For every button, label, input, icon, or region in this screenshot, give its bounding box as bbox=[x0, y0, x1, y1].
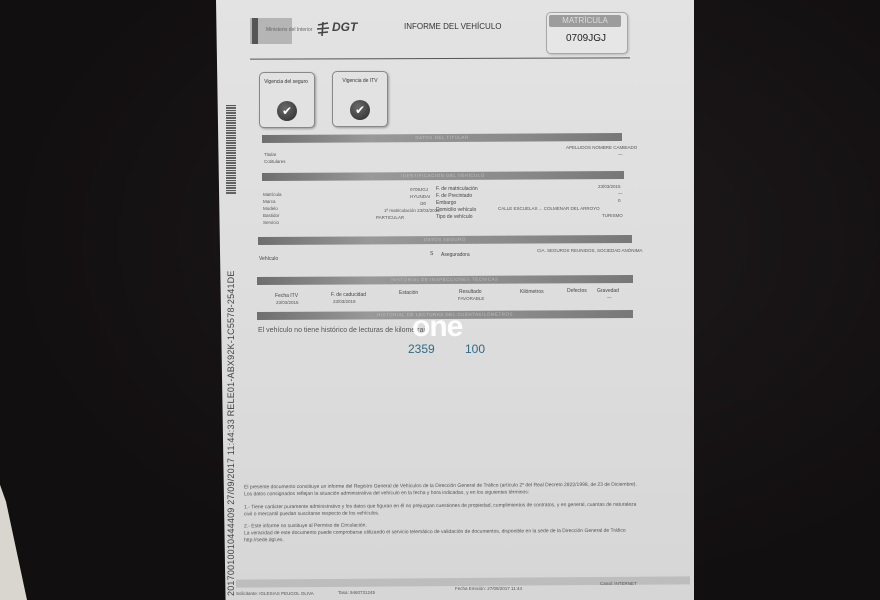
itv-row-caducidad: 23/03/2019 bbox=[333, 299, 356, 304]
aseguradora-value: CIA. SEGUROS REUNIDOS, SOCIEDAD ANÓNIMA bbox=[537, 248, 643, 253]
dgt-logo-text: DGT bbox=[332, 20, 357, 34]
matricula-value: 0709JGJ bbox=[410, 187, 428, 192]
matricula-label: Matrícula bbox=[263, 192, 282, 197]
ministry-logo-text: Ministerio del Interior bbox=[266, 27, 312, 33]
legal-item-1: 1.- Tiene carácter puramente administrat… bbox=[244, 502, 639, 518]
modelo-value: i30 bbox=[420, 201, 426, 206]
itv-col-estacion: Estación bbox=[399, 290, 418, 296]
document-title: INFORME DEL VEHÍCULO bbox=[404, 22, 502, 31]
titular-value: APELLIDOS NOMBRE CAMBIADO bbox=[566, 145, 637, 150]
plate-label: MATRÍCULA bbox=[549, 15, 621, 27]
check-icon: ✔ bbox=[277, 101, 297, 121]
f-matriculacion-value: 23/03/2015 bbox=[598, 184, 621, 189]
dgt-logo-icon bbox=[316, 20, 330, 38]
servicio-value: PARTICULAR bbox=[376, 215, 404, 220]
plate-value: 0709JGJ bbox=[548, 33, 624, 44]
insurance-status-label: Vigencia del seguro bbox=[258, 79, 314, 85]
footer-tasa: Tasa: 9460731245 bbox=[338, 590, 375, 595]
odometro-message: El vehículo no tiene histórico de lectur… bbox=[258, 327, 429, 334]
tipo-vehiculo-label: Tipo de vehículo bbox=[436, 214, 473, 220]
itv-row-fecha: 23/03/2015 bbox=[276, 300, 299, 305]
titular-label: Titular bbox=[264, 152, 276, 157]
itv-col-gravedad: Gravedad bbox=[597, 288, 619, 294]
watermark-brand: one bbox=[412, 310, 462, 344]
tipo-vehiculo-value: TURISMO bbox=[602, 213, 623, 218]
cotitulares-label: Cotitulares bbox=[264, 159, 286, 164]
itv-status-label: Vigencia de ITV bbox=[332, 78, 388, 84]
ministry-logo-bar bbox=[252, 18, 258, 44]
seguro-flag: S bbox=[430, 251, 433, 257]
legal-intro: El presente documento constituye un info… bbox=[244, 482, 639, 498]
footer-solicitante: Solicitante: IGLESIAS PEUGOL OLIVA bbox=[236, 591, 314, 596]
modelo-label: Modelo bbox=[263, 206, 278, 211]
watermark-right-number: 100 bbox=[465, 342, 485, 356]
footer-fecha: Fecha Emisión: 27/09/2017 11:44 bbox=[455, 586, 522, 591]
itv-col-kilometros: Kilómetros bbox=[520, 289, 544, 295]
itv-col-fecha: Fecha ITV bbox=[275, 293, 298, 299]
itv-col-resultado: Resultado bbox=[459, 289, 482, 295]
bastidor-value: 1ª matriculación 23/03/2015 bbox=[384, 208, 440, 213]
itv-row-resultado: FAVORABLE bbox=[458, 296, 484, 301]
itv-row-gravedad: — bbox=[607, 295, 612, 300]
marca-value: HYUNDAI bbox=[410, 194, 430, 199]
domicilio-label: Domicilio vehículo bbox=[436, 207, 476, 213]
barcode bbox=[226, 105, 236, 195]
embargo-label: Embargo bbox=[436, 200, 456, 206]
cotitulares-value: — bbox=[618, 152, 623, 157]
f-precintado-value: — bbox=[618, 191, 623, 196]
seguro-vehiculo-label: Vehículo bbox=[259, 256, 278, 262]
itv-col-defectos: Defectos bbox=[567, 288, 587, 294]
watermark-left-number: 2359 bbox=[408, 342, 435, 356]
servicio-label: Servicio bbox=[263, 220, 279, 225]
itv-col-caducidad: F. de caducidad bbox=[331, 292, 366, 298]
aseguradora-label: Aseguradora bbox=[441, 252, 470, 258]
check-icon: ✔ bbox=[350, 100, 370, 120]
footer-canal: Canal: INTERNET bbox=[600, 581, 637, 586]
f-precintado-label: F. de Precintado bbox=[436, 193, 472, 199]
bastidor-label: Bastidor bbox=[263, 213, 280, 218]
legal-item-3: La veracidad de este documento puede com… bbox=[244, 528, 639, 544]
f-matriculacion-label: F. de matriculación bbox=[436, 186, 478, 192]
vertical-document-code: 20170010010444409 27/09/2017 11:44:33 RE… bbox=[226, 270, 236, 596]
marca-label: Marca bbox=[263, 199, 276, 204]
domicilio-value: CALLE ESCUELAS ... COLMENAR DEL ARROYO bbox=[498, 206, 600, 211]
embargo-value: 0 bbox=[618, 198, 621, 203]
